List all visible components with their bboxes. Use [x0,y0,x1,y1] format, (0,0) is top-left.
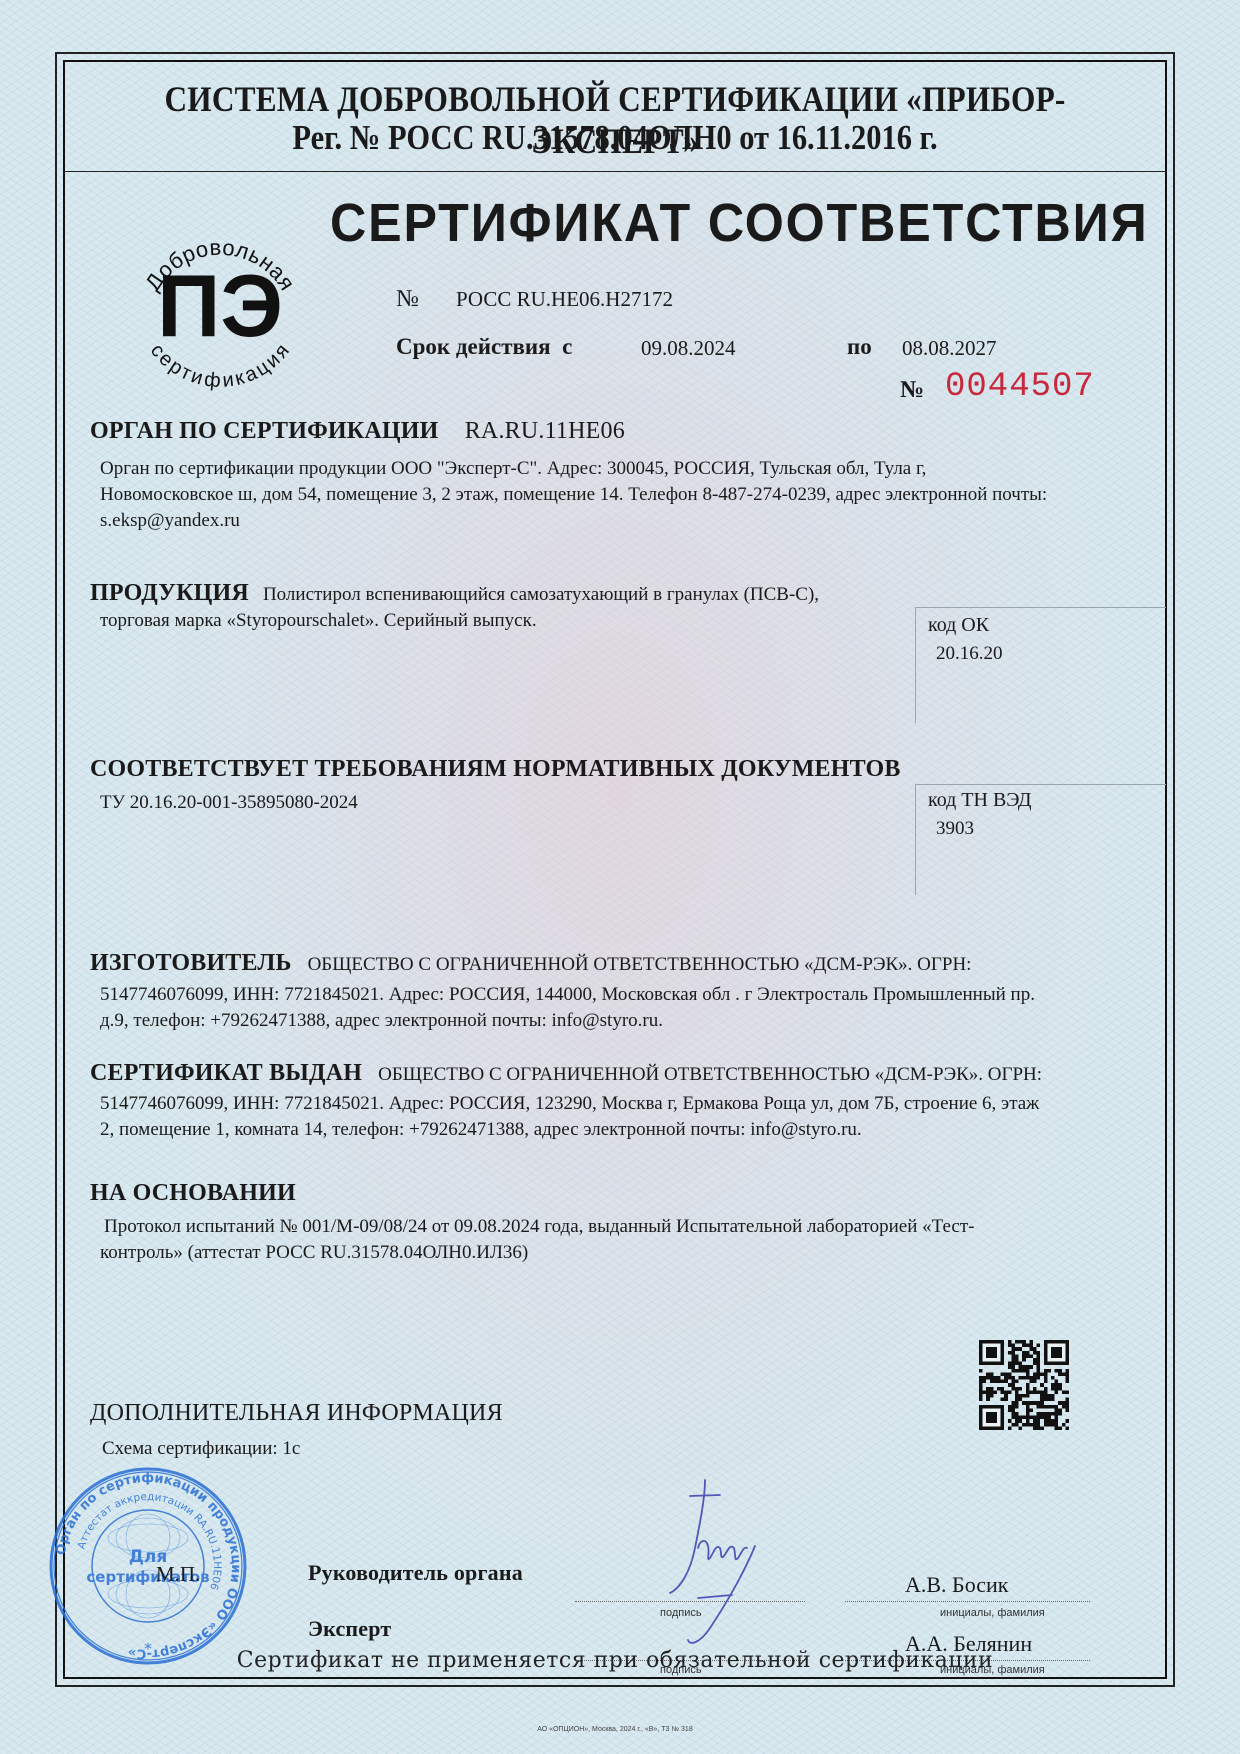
tnved-code-label: код ТН ВЭД [928,789,1166,812]
additional-info-heading: ДОПОЛНИТЕЛЬНАЯ ИНФОРМАЦИЯ [90,1400,503,1427]
head-name-caption: инициалы, фамилия [940,1607,1045,1619]
issued-to-section: СЕРТИФИКАТ ВЫДАН ОБЩЕСТВО С ОГРАНИЧЕННОЙ… [90,1060,1160,1088]
certification-body-code: RA.RU.11НЕ06 [465,418,625,444]
product-line2: торговая марка «Styropourschalet». Серий… [100,608,537,634]
mp-label: М.П. [156,1561,200,1587]
manufacturer-line1: ОБЩЕСТВО С ОГРАНИЧЕННОЙ ОТВЕТСТВЕННОСТЬЮ… [308,954,972,975]
manufacturer-heading: ИЗГОТОВИТЕЛЬ [90,950,292,976]
issued-to-line1: ОБЩЕСТВО С ОГРАНИЧЕННОЙ ОТВЕТСТВЕННОСТЬЮ… [378,1064,1042,1085]
tnved-code-value: 3903 [936,818,1166,840]
certificate-number-label: № [396,286,419,313]
manufacturer-section: ИЗГОТОВИТЕЛЬ ОБЩЕСТВО С ОГРАНИЧЕННОЙ ОТВ… [90,950,1160,978]
normative-document: ТУ 20.16.20-001-35895080-2024 [100,790,358,816]
certification-body-details: Орган по сертификации продукции ООО "Экс… [100,456,1160,534]
handwritten-signature [650,1478,790,1648]
valid-to-label: по [847,334,872,360]
certification-body-heading: ОРГАН ПО СЕРТИФИКАЦИИ RA.RU.11НЕ06 [90,418,625,445]
certificate-title: СЕРТИФИКАТ СООТВЕТСТВИЯ [330,192,1149,254]
head-name-line [845,1601,1090,1602]
okpd-code-label: код ОК [928,614,1166,637]
okpd-code-box: код ОК 20.16.20 [915,607,1166,723]
issued-to-details: 5147746076099, ИНН: 7721845021. Адрес: Р… [100,1091,1170,1143]
conformity-heading: СООТВЕТСТВУЕТ ТРЕБОВАНИЯМ НОРМАТИВНЫХ ДО… [90,756,901,783]
issued-to-heading: СЕРТИФИКАТ ВЫДАН [90,1060,362,1086]
basis-details: Протокол испытаний № 001/М-09/08/24 от 0… [104,1214,1164,1266]
validity-label: Срок действия с [396,334,572,360]
printer-imprint: АО «ОПЦИОН», Москва, 2024 г., «В», ТЗ № … [63,1726,1167,1733]
product-heading: ПРОДУКЦИЯ [90,580,249,606]
okpd-code-value: 20.16.20 [936,643,1166,665]
valid-to: 08.08.2027 [902,336,997,361]
expert-role: Эксперт [308,1616,391,1642]
system-registration: Рег. № РОСС RU.31578.04ОЛН0 от 16.11.201… [135,118,1095,158]
head-role: Руководитель органа [308,1560,523,1586]
logo-letters: ПЭ [157,256,283,355]
manufacturer-details: 5147746076099, ИНН: 7721845021. Адрес: Р… [100,982,1170,1034]
certificate-number: РОСС RU.НЕ06.Н27172 [456,287,673,312]
header-divider [63,171,1167,172]
valid-from: 09.08.2024 [641,336,736,361]
pe-certification-logo: Добровольная ПЭ сертификация [120,210,320,400]
certification-scheme: Схема сертификации: 1с [102,1436,300,1462]
serial-number: 0044507 [945,368,1095,406]
product-section: ПРОДУКЦИЯ Полистирол вспенивающийся само… [90,580,990,608]
footer-note: Сертификат не применяется при обязательн… [63,1648,1167,1673]
product-line1: Полистирол вспенивающийся самозатухающий… [263,584,819,605]
tnved-code-box: код ТН ВЭД 3903 [915,784,1166,895]
basis-heading: НА ОСНОВАНИИ [90,1180,296,1207]
serial-number-label: № [900,377,924,404]
official-stamp: Орган по сертификации продукции ООО «Экс… [48,1466,248,1666]
qr-code[interactable] [979,1340,1069,1430]
head-name: А.В. Босик [905,1572,1008,1598]
